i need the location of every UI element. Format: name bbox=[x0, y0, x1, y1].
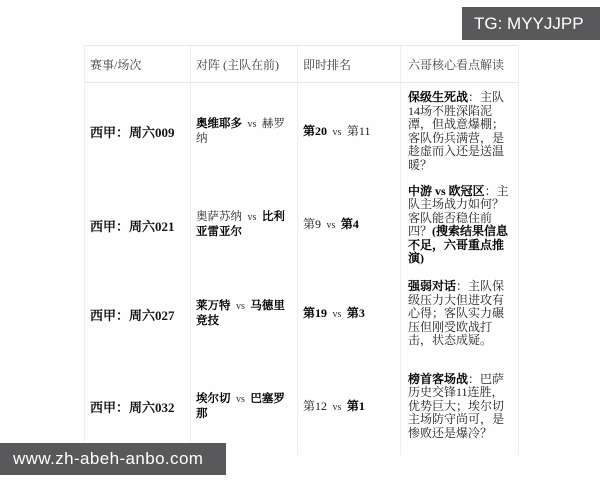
away-rank: 第4 bbox=[341, 217, 359, 231]
table-row: 西甲：周六009 奥维耶多 vs 赫罗纳 第20 vs 第11 保级生死战：主队… bbox=[85, 83, 519, 180]
vs-label: vs bbox=[234, 301, 248, 312]
header-cell-matchup: 对阵 (主队在前) bbox=[191, 46, 298, 82]
ranking-text: 第20 vs 第11 bbox=[303, 124, 370, 140]
matchup-cell: 奥萨苏纳 vs 比利亚雷亚尔 bbox=[191, 180, 298, 270]
comment-cell: 中游 vs 欧冠区：主队主场战力如何？客队能否稳住前四？(搜索结果信息不足，六哥… bbox=[401, 180, 519, 270]
vs-label: vs bbox=[245, 212, 259, 223]
page-background: TG: MYYJJPP 赛事/场次 对阵 (主队在前) 即时排名 六哥核心看点解… bbox=[0, 0, 600, 480]
vs-label: vs bbox=[330, 127, 344, 138]
matchup-cell: 奥维耶多 vs 赫罗纳 bbox=[191, 83, 298, 180]
ranking-cell: 第12 vs 第1 bbox=[298, 358, 401, 455]
header-cell-match: 赛事/场次 bbox=[85, 46, 191, 82]
match-cell: 西甲：周六009 bbox=[85, 83, 191, 180]
comment-text: 中游 vs 欧冠区：主队主场战力如何？客队能否稳住前四？(搜索结果信息不足，六哥… bbox=[408, 185, 515, 266]
comment-text: 榜首客场战：巴萨历史交锋11连胜，优势巨大；埃尔切主场防守尚可，是惨败还是爆冷？ bbox=[408, 373, 515, 441]
tg-watermark-badge: TG: MYYJJPP bbox=[462, 7, 600, 40]
comment-cell: 强弱对话：主队保级压力大但进攻有心得；客队实力碾压但刚受欧战打击，状态成疑。 bbox=[401, 270, 519, 358]
table-row: 西甲：周六021 奥萨苏纳 vs 比利亚雷亚尔 第9 vs 第4 中游 vs 欧… bbox=[85, 180, 519, 270]
header-label: 即时排名 bbox=[303, 56, 351, 73]
home-rank: 第19 bbox=[303, 306, 327, 320]
matchup-text: 埃尔切 vs 巴塞罗那 bbox=[196, 392, 295, 422]
tg-watermark-text: TG: MYYJJPP bbox=[474, 14, 584, 34]
ranking-text: 第9 vs 第4 bbox=[303, 217, 359, 233]
vs-label: vs bbox=[234, 394, 248, 405]
home-team: 埃尔切 bbox=[196, 393, 231, 405]
matchup-cell: 莱万特 vs 马德里竞技 bbox=[191, 270, 298, 358]
away-rank: 第3 bbox=[347, 306, 365, 320]
vs-label: vs bbox=[330, 402, 344, 413]
home-team: 莱万特 bbox=[196, 300, 231, 312]
matchup-text: 奥维耶多 vs 赫罗纳 bbox=[196, 117, 295, 147]
match-id: 西甲：周六009 bbox=[90, 122, 175, 141]
table-body: 西甲：周六009 奥维耶多 vs 赫罗纳 第20 vs 第11 保级生死战：主队… bbox=[85, 83, 519, 455]
site-url-watermark-badge: www.zh-abeh-anbo.com bbox=[0, 443, 226, 475]
match-cell: 西甲：周六027 bbox=[85, 270, 191, 358]
vs-label: vs bbox=[324, 220, 338, 231]
comment-segment: 强弱对话 bbox=[408, 279, 456, 293]
comment-text: 强弱对话：主队保级压力大但进攻有心得；客队实力碾压但刚受欧战打击，状态成疑。 bbox=[408, 280, 515, 348]
matchup-text: 莱万特 vs 马德里竞技 bbox=[196, 299, 295, 329]
comment-cell: 榜首客场战：巴萨历史交锋11连胜，优势巨大；埃尔切主场防守尚可，是惨败还是爆冷？ bbox=[401, 358, 519, 455]
header-label: 对阵 (主队在前) bbox=[196, 56, 279, 73]
header-cell-comment: 六哥核心看点解读 bbox=[401, 46, 519, 82]
table-row: 西甲：周六027 莱万特 vs 马德里竞技 第19 vs 第3 强弱对话：主队保… bbox=[85, 270, 519, 358]
match-cell: 西甲：周六032 bbox=[85, 358, 191, 455]
away-rank: 第1 bbox=[347, 399, 365, 413]
ranking-cell: 第20 vs 第11 bbox=[298, 83, 401, 180]
home-rank: 第12 bbox=[303, 399, 327, 413]
comment-segment: 榜首客场战 bbox=[408, 372, 468, 386]
home-rank: 第9 bbox=[303, 217, 321, 231]
ranking-cell: 第9 vs 第4 bbox=[298, 180, 401, 270]
match-id: 西甲：周六021 bbox=[90, 216, 175, 235]
matchup-text: 奥萨苏纳 vs 比利亚雷亚尔 bbox=[196, 210, 295, 240]
comment-text: 保级生死战：主队14场不胜深陷泥潭，但战意爆棚；客队伤兵满营，是趁虚而入还是送温… bbox=[408, 91, 515, 172]
header-label: 六哥核心看点解读 bbox=[408, 56, 504, 73]
ranking-text: 第19 vs 第3 bbox=[303, 306, 365, 322]
match-cell: 西甲：周六021 bbox=[85, 180, 191, 270]
match-id: 西甲：周六027 bbox=[90, 305, 175, 324]
header-label: 赛事/场次 bbox=[90, 56, 141, 73]
ranking-cell: 第19 vs 第3 bbox=[298, 270, 401, 358]
away-rank: 第11 bbox=[347, 124, 371, 138]
home-team: 奥维耶多 bbox=[196, 118, 242, 130]
home-rank: 第20 bbox=[303, 124, 327, 138]
vs-label: vs bbox=[330, 309, 344, 320]
matches-table: 赛事/场次 对阵 (主队在前) 即时排名 六哥核心看点解读 西甲：周六009 奥… bbox=[84, 45, 519, 455]
comment-segment: 保级生死战 bbox=[408, 90, 468, 104]
vs-label: vs bbox=[245, 119, 259, 130]
match-id: 西甲：周六032 bbox=[90, 397, 175, 416]
table-row: 西甲：周六032 埃尔切 vs 巴塞罗那 第12 vs 第1 榜首客场战：巴萨历… bbox=[85, 358, 519, 455]
site-url-text: www.zh-abeh-anbo.com bbox=[13, 449, 203, 469]
comment-cell: 保级生死战：主队14场不胜深陷泥潭，但战意爆棚；客队伤兵满营，是趁虚而入还是送温… bbox=[401, 83, 519, 180]
ranking-text: 第12 vs 第1 bbox=[303, 399, 365, 415]
table-header-row: 赛事/场次 对阵 (主队在前) 即时排名 六哥核心看点解读 bbox=[85, 46, 519, 83]
header-cell-ranking: 即时排名 bbox=[298, 46, 401, 82]
matchup-cell: 埃尔切 vs 巴塞罗那 bbox=[191, 358, 298, 455]
home-team: 奥萨苏纳 bbox=[196, 211, 242, 223]
comment-segment: 中游 vs 欧冠区 bbox=[408, 184, 485, 198]
